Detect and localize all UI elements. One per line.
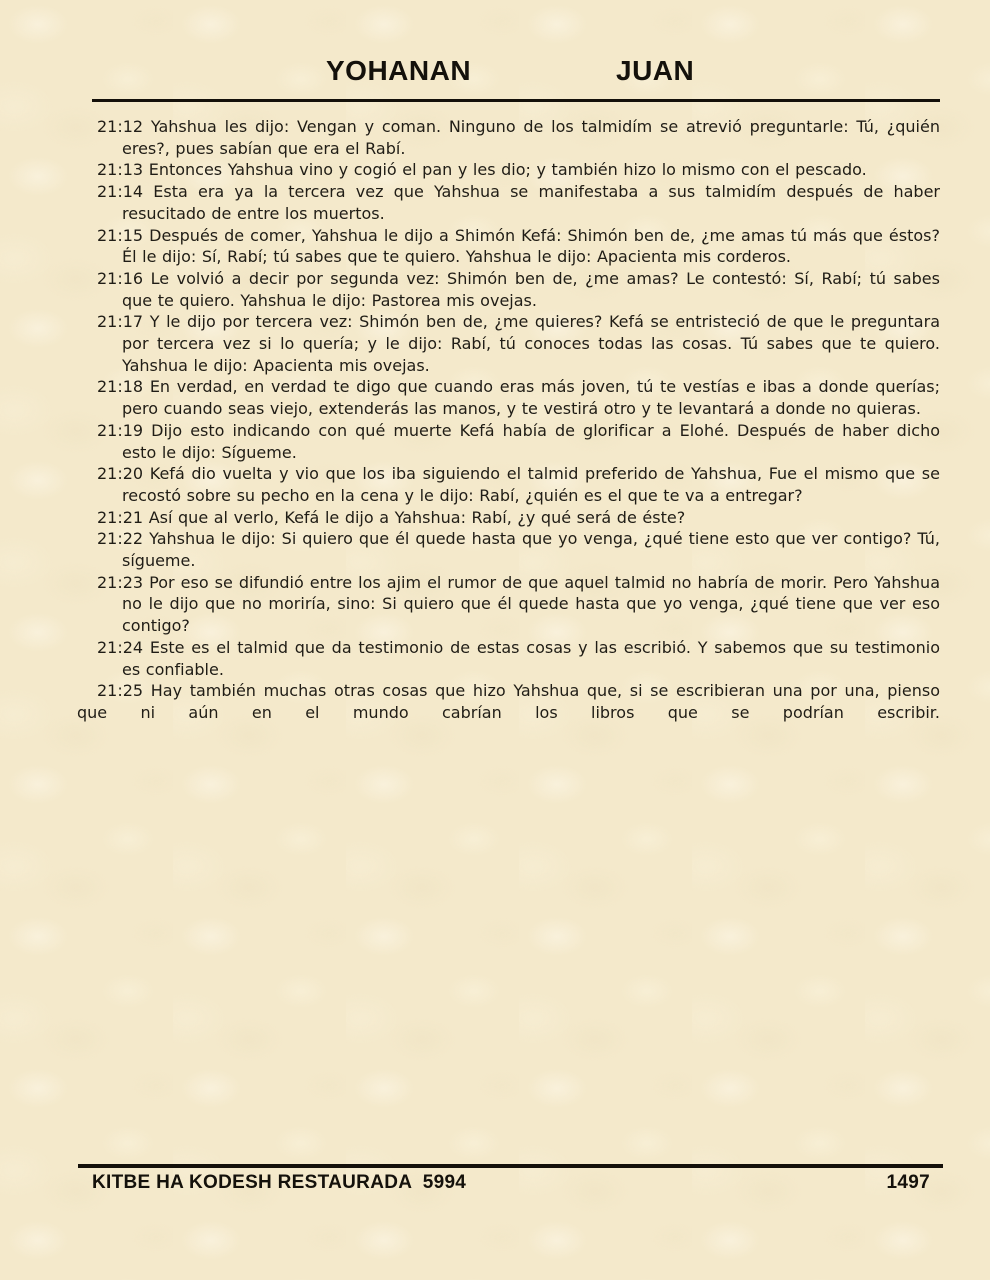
verse-ref: 21:21 <box>97 508 143 527</box>
verse-text: Y le dijo por tercera vez: Shimón ben de… <box>122 312 940 374</box>
verse-ref: 21:13 <box>97 160 143 179</box>
verse: 21:17 Y le dijo por tercera vez: Shimón … <box>77 311 940 376</box>
verse-text: Yahshua les dijo: Vengan y coman. Ningun… <box>122 117 940 158</box>
verse: 21:15 Después de comer, Yahshua le dijo … <box>77 225 940 268</box>
verse: 21:12 Yahshua les dijo: Vengan y coman. … <box>77 116 940 159</box>
verse: 21:23 Por eso se difundió entre los ajim… <box>77 572 940 637</box>
verse-text: Este es el talmid que da testimonio de e… <box>122 638 940 679</box>
verse-container: 21:12 Yahshua les dijo: Vengan y coman. … <box>77 116 940 724</box>
verse-text: Por eso se difundió entre los ajim el ru… <box>122 573 940 635</box>
footer-page-number: 1497 <box>887 1172 930 1194</box>
verse-ref: 21:23 <box>97 573 143 592</box>
verse-text: En verdad, en verdad te digo que cuando … <box>122 377 940 418</box>
verse-text: Kefá dio vuelta y vio que los iba siguie… <box>122 464 940 505</box>
footer-rule <box>78 1164 943 1168</box>
header-title-hebrew: YOHANAN <box>326 57 471 85</box>
verse-ref: 21:25 <box>97 681 143 700</box>
verse-text: Dijo esto indicando con qué muerte Kefá … <box>122 421 940 462</box>
verse-ref: 21:12 <box>97 117 143 136</box>
verse-ref: 21:20 <box>97 464 143 483</box>
verse-text: Así que al verlo, Kefá le dijo a Yahshua… <box>149 508 685 527</box>
page-footer: KITBE HA KODESH RESTAURADA 5994 1497 <box>92 1172 930 1194</box>
verse: 21:14 Esta era ya la tercera vez que Yah… <box>77 181 940 224</box>
verse-text: Hay también muchas otras cosas que hizo … <box>77 681 940 722</box>
footer-book-label: KITBE HA KODESH RESTAURADA 5994 <box>92 1172 466 1194</box>
verse-ref: 21:15 <box>97 226 143 245</box>
verse: 21:25 Hay también muchas otras cosas que… <box>77 680 940 723</box>
verse-text: Le volvió a decir por segunda vez: Shimó… <box>122 269 940 310</box>
verse-text: Esta era ya la tercera vez que Yahshua s… <box>122 182 940 223</box>
verse: 21:24 Este es el talmid que da testimoni… <box>77 637 940 680</box>
verse-ref: 21:16 <box>97 269 143 288</box>
verse-ref: 21:24 <box>97 638 143 657</box>
verse: 21:20 Kefá dio vuelta y vio que los iba … <box>77 463 940 506</box>
verse-text: Yahshua le dijo: Si quiero que él quede … <box>122 529 940 570</box>
header-title-spanish: JUAN <box>616 57 694 85</box>
header-rule <box>92 99 940 102</box>
verse: 21:18 En verdad, en verdad te digo que c… <box>77 376 940 419</box>
verse: 21:19 Dijo esto indicando con qué muerte… <box>77 420 940 463</box>
verse-ref: 21:14 <box>97 182 143 201</box>
verse: 21:16 Le volvió a decir por segunda vez:… <box>77 268 940 311</box>
verse: 21:22 Yahshua le dijo: Si quiero que él … <box>77 528 940 571</box>
verse-ref: 21:17 <box>97 312 143 331</box>
verse-ref: 21:19 <box>97 421 143 440</box>
verse-ref: 21:18 <box>97 377 143 396</box>
verse-text: Entonces Yahshua vino y cogió el pan y l… <box>149 160 867 179</box>
verse: 21:13 Entonces Yahshua vino y cogió el p… <box>77 159 940 181</box>
verse: 21:21 Así que al verlo, Kefá le dijo a Y… <box>77 507 940 529</box>
bible-page: YOHANAN JUAN 21:12 Yahshua les dijo: Ven… <box>0 0 990 1280</box>
verse-text: Después de comer, Yahshua le dijo a Shim… <box>122 226 940 267</box>
verse-ref: 21:22 <box>97 529 143 548</box>
